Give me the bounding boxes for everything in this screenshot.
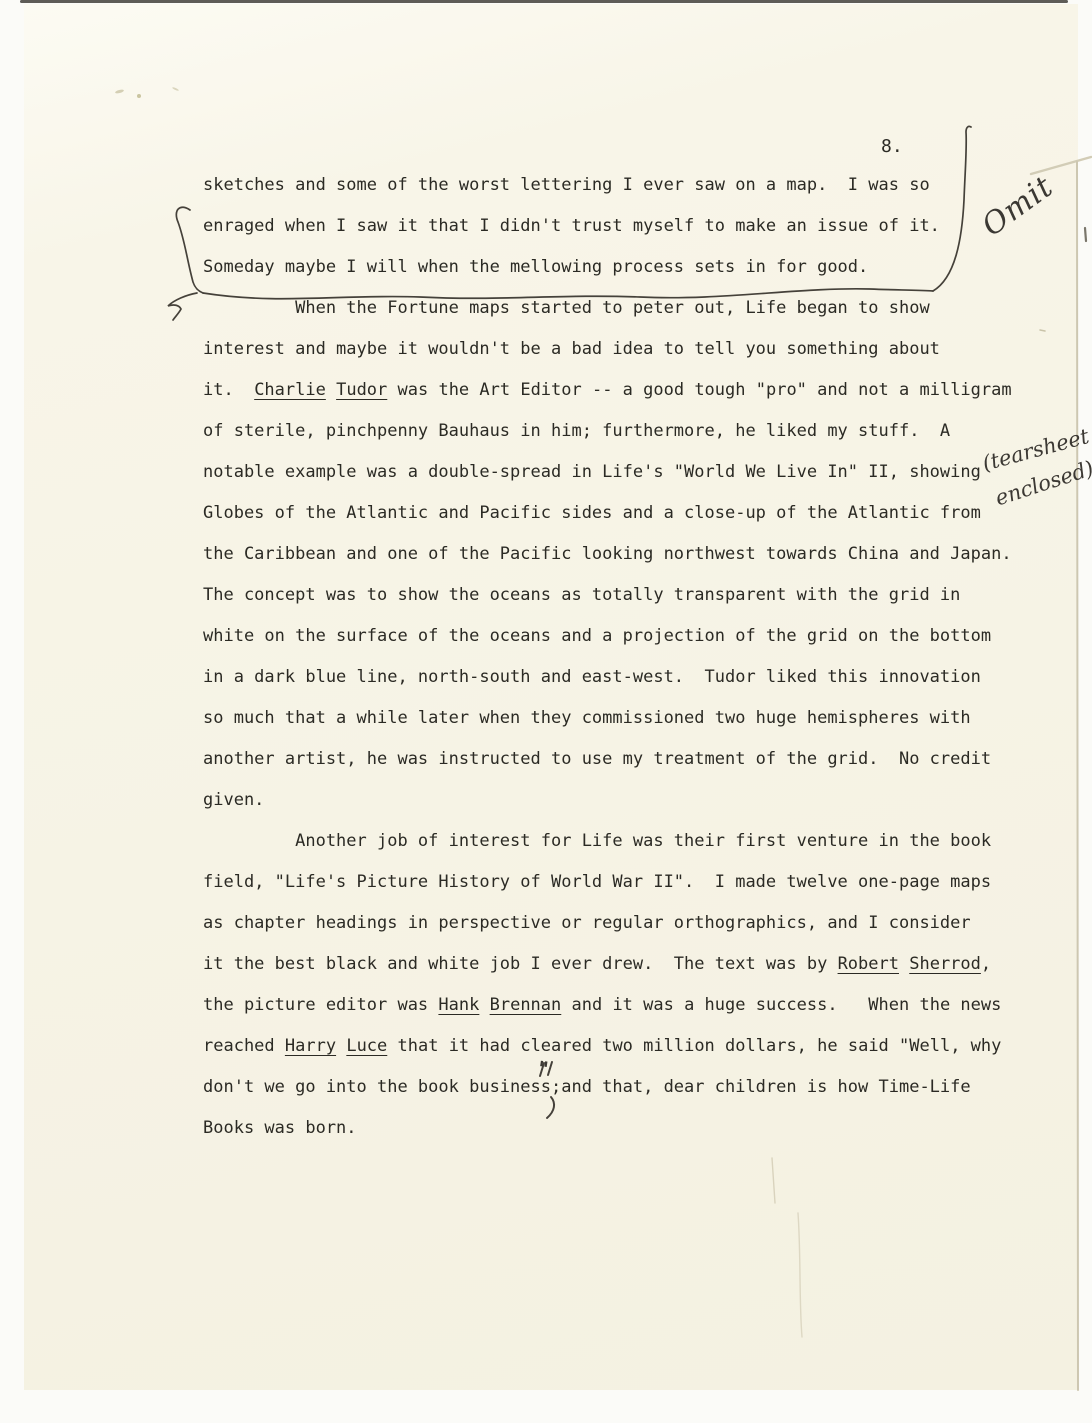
typed-line: Books was born.	[203, 1108, 1043, 1149]
typed-line: field, "Life's Picture History of World …	[203, 862, 1043, 903]
typed-line: interest and maybe it wouldn't be a bad …	[203, 329, 1043, 370]
typed-line: given.	[203, 780, 1043, 821]
typed-line: of sterile, pinchpenny Bauhaus in him; f…	[203, 411, 1043, 452]
typed-line: Globes of the Atlantic and Pacific sides…	[203, 493, 1043, 534]
typed-line: don't we go into the book business;and t…	[203, 1067, 1043, 1108]
typed-line: sketches and some of the worst lettering…	[203, 165, 1043, 206]
typed-line: so much that a while later when they com…	[203, 698, 1043, 739]
pencil-speck	[137, 94, 141, 98]
typed-line: reached Harry Luce that it had cleared t…	[203, 1026, 1043, 1067]
typed-line: notable example was a double-spread in L…	[203, 452, 1043, 493]
typed-line: Another job of interest for Life was the…	[203, 821, 1043, 862]
typed-line: white on the surface of the oceans and a…	[203, 616, 1043, 657]
typed-line: it. Charlie Tudor was the Art Editor -- …	[203, 370, 1043, 411]
typed-text: sketches and some of the worst lettering…	[203, 165, 1043, 1149]
typed-line: When the Fortune maps started to peter o…	[203, 288, 1043, 329]
scan-edge-line	[20, 0, 1068, 3]
typed-line: as chapter headings in perspective or re…	[203, 903, 1043, 944]
typed-line: in a dark blue line, north-south and eas…	[203, 657, 1043, 698]
page-number: 8.	[881, 136, 903, 157]
typed-line: another artist, he was instructed to use…	[203, 739, 1043, 780]
typed-line: Someday maybe I will when the mellowing …	[203, 247, 1043, 288]
typed-line: the picture editor was Hank Brennan and …	[203, 985, 1043, 1026]
typed-line: The concept was to show the oceans as to…	[203, 575, 1043, 616]
typed-line: enraged when I saw it that I didn't trus…	[203, 206, 1043, 247]
typed-line: it the best black and white job I ever d…	[203, 944, 1043, 985]
scanned-page: 8. sketches and some of the worst letter…	[0, 0, 1092, 1423]
typed-line: the Caribbean and one of the Pacific loo…	[203, 534, 1043, 575]
